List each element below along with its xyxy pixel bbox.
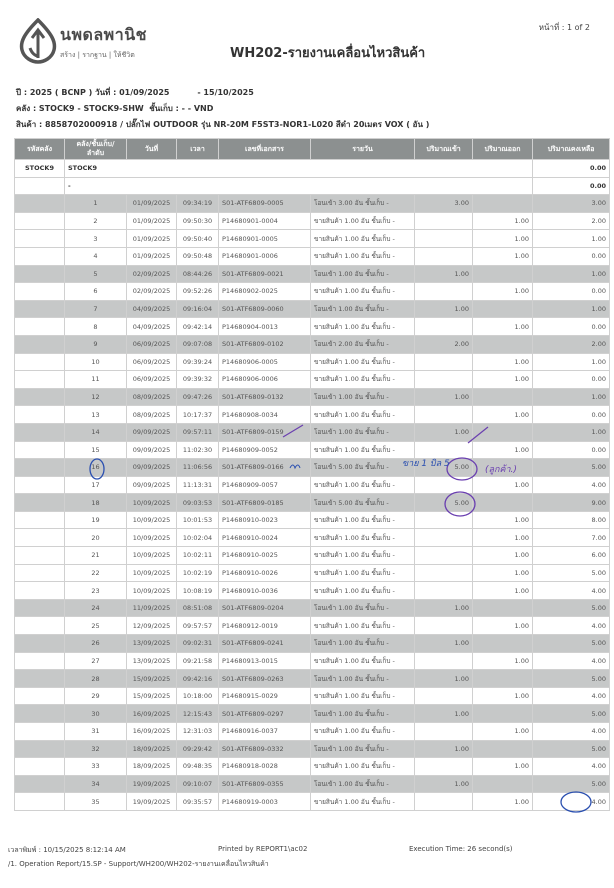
table-cell <box>15 652 65 670</box>
table-cell: 10:08:19 <box>177 582 219 600</box>
table-cell: 01/09/2025 <box>127 230 177 248</box>
table-cell: 24 <box>65 599 127 617</box>
table-cell: 12:15:43 <box>177 705 219 723</box>
table-cell: P14680918-0028 <box>219 758 311 776</box>
table-cell: ขายสินค้า 1.00 อัน ชั้นเก็บ - <box>311 652 415 670</box>
table-row: 1910/09/202510:01:53P14680910-0023ขายสิน… <box>15 511 610 529</box>
table-cell <box>15 705 65 723</box>
table-cell: 09:47:26 <box>177 388 219 406</box>
table-cell: 1.00 <box>415 300 473 318</box>
table-cell: 12 <box>65 388 127 406</box>
table-cell: 10:01:53 <box>177 511 219 529</box>
table-cell: 1.00 <box>473 564 533 582</box>
table-cell <box>15 283 65 301</box>
table-cell <box>15 353 65 371</box>
table-cell: 1.00 <box>415 265 473 283</box>
table-cell: 09/09/2025 <box>127 441 177 459</box>
table-cell: S01-ATF6809-0132 <box>219 388 311 406</box>
table-cell: 35 <box>65 793 127 811</box>
table-cell: 2.00 <box>415 335 473 353</box>
table-cell: 4.00 <box>533 617 610 635</box>
table-cell <box>15 406 65 424</box>
table-cell: S01-ATF6809-0355 <box>219 775 311 793</box>
table-cell: 1.00 <box>533 300 610 318</box>
table-cell: 15/09/2025 <box>127 670 177 688</box>
table-cell <box>473 459 533 477</box>
table-cell: 27 <box>65 652 127 670</box>
table-cell: 1.00 <box>473 652 533 670</box>
table-cell: 18/09/2025 <box>127 740 177 758</box>
table-cell: S01-ATF6809-0241 <box>219 635 311 653</box>
table-cell <box>473 599 533 617</box>
table-row: 1308/09/202510:17:37P14680908-0034ขายสิน… <box>15 406 610 424</box>
table-cell: ขายสินค้า 1.00 อัน ชั้นเก็บ - <box>311 529 415 547</box>
table-cell: 09/09/2025 <box>127 423 177 441</box>
table-cell: 12/09/2025 <box>127 617 177 635</box>
column-header: เวลา <box>177 139 219 160</box>
product-line: สินค้า : 8858702000918 / ปลั๊กไฟ OUTDOOR… <box>16 118 429 131</box>
table-cell <box>473 300 533 318</box>
table-cell <box>473 670 533 688</box>
table-cell: ขายสินค้า 1.00 อัน ชั้นเก็บ - <box>311 617 415 635</box>
table-row: 2411/09/202508:51:08S01-ATF6809-0204โอนเ… <box>15 599 610 617</box>
table-cell: 16/09/2025 <box>127 705 177 723</box>
table-cell: 09:42:14 <box>177 318 219 336</box>
table-cell: P14680912-0019 <box>219 617 311 635</box>
table-cell: ขายสินค้า 1.00 อัน ชั้นเก็บ - <box>311 758 415 776</box>
column-header: ปริมาณออก <box>473 139 533 160</box>
table-cell: 01/09/2025 <box>127 247 177 265</box>
table-cell: P14680919-0003 <box>219 793 311 811</box>
table-row: 1709/09/202511:13:31P14680909-0057ขายสิน… <box>15 476 610 494</box>
table-cell: 1.00 <box>533 423 610 441</box>
table-row: 401/09/202509:50:48P14680901-0006ขายสินค… <box>15 247 610 265</box>
table-row: 602/09/202509:52:26P14680902-0025ขายสินค… <box>15 283 610 301</box>
table-cell <box>15 547 65 565</box>
table-cell: 13/09/2025 <box>127 652 177 670</box>
table-cell: P14680910-0025 <box>219 547 311 565</box>
table-cell <box>15 247 65 265</box>
table-cell <box>15 335 65 353</box>
table-cell: P14680915-0029 <box>219 687 311 705</box>
table-cell: ขายสินค้า 1.00 อัน ชั้นเก็บ - <box>311 476 415 494</box>
table-cell: STOCK9 <box>65 160 533 178</box>
table-cell <box>15 212 65 230</box>
table-cell: 7.00 <box>533 529 610 547</box>
table-row: 2310/09/202510:08:19P14680910-0036ขายสิน… <box>15 582 610 600</box>
group-row: -0.00 <box>15 177 610 195</box>
table-cell: P14680910-0036 <box>219 582 311 600</box>
table-cell <box>15 564 65 582</box>
table-cell <box>415 617 473 635</box>
table-cell: 1.00 <box>473 371 533 389</box>
table-cell: โอนเข้า 1.00 อัน ชั้นเก็บ - <box>311 300 415 318</box>
table-row: 2713/09/202509:21:58P14680913-0015ขายสิน… <box>15 652 610 670</box>
table-cell <box>473 335 533 353</box>
table-cell: 1.00 <box>415 670 473 688</box>
table-cell: 04/09/2025 <box>127 318 177 336</box>
table-cell: 5.00 <box>533 740 610 758</box>
table-cell <box>15 230 65 248</box>
table-cell: P14680906-0006 <box>219 371 311 389</box>
table-cell: 1.00 <box>473 212 533 230</box>
table-cell: 13/09/2025 <box>127 635 177 653</box>
table-cell: S01-ATF6809-0263 <box>219 670 311 688</box>
table-cell: 10:02:11 <box>177 547 219 565</box>
table-cell: โอนเข้า 1.00 อัน ชั้นเก็บ - <box>311 775 415 793</box>
table-row: 101/09/202509:34:19S01-ATF6809-0005โอนเข… <box>15 195 610 213</box>
table-cell <box>15 476 65 494</box>
table-cell: 11 <box>65 371 127 389</box>
table-cell: 34 <box>65 775 127 793</box>
table-cell: P14680904-0013 <box>219 318 311 336</box>
table-cell: S01-ATF6809-0021 <box>219 265 311 283</box>
table-cell: 04/09/2025 <box>127 300 177 318</box>
table-cell: 1.00 <box>473 723 533 741</box>
table-cell <box>415 793 473 811</box>
table-cell <box>415 529 473 547</box>
table-cell: P14680901-0004 <box>219 212 311 230</box>
table-cell: 11:13:31 <box>177 476 219 494</box>
table-cell: 4.00 <box>533 652 610 670</box>
table-cell: P14680909-0052 <box>219 441 311 459</box>
table-cell: 02/09/2025 <box>127 283 177 301</box>
table-cell: 09:29:42 <box>177 740 219 758</box>
table-cell: 19/09/2025 <box>127 793 177 811</box>
table-cell: 5.00 <box>533 775 610 793</box>
table-cell: 11:06:56 <box>177 459 219 477</box>
table-cell: 14 <box>65 423 127 441</box>
table-cell: 1.00 <box>415 705 473 723</box>
table-cell: 2.00 <box>533 335 610 353</box>
table-cell: 09:35:57 <box>177 793 219 811</box>
table-cell: โอนเข้า 1.00 อัน ชั้นเก็บ - <box>311 670 415 688</box>
table-cell: ขายสินค้า 1.00 อัน ชั้นเก็บ - <box>311 318 415 336</box>
table-cell: 15/09/2025 <box>127 687 177 705</box>
table-cell: 01/09/2025 <box>127 195 177 213</box>
table-row: 704/09/202509:16:04S01-ATF6809-0060โอนเข… <box>15 300 610 318</box>
table-cell: 1.00 <box>473 353 533 371</box>
table-cell: S01-ATF6809-0332 <box>219 740 311 758</box>
table-row: 3218/09/202509:29:42S01-ATF6809-0332โอนเ… <box>15 740 610 758</box>
table-cell: 5.00 <box>533 564 610 582</box>
table-cell: 0.00 <box>533 441 610 459</box>
table-cell <box>15 529 65 547</box>
table-cell: S01-ATF6809-0102 <box>219 335 311 353</box>
table-cell: 10:02:04 <box>177 529 219 547</box>
table-cell: 09:50:48 <box>177 247 219 265</box>
leaf-logo-icon <box>18 18 58 64</box>
table-cell <box>473 740 533 758</box>
table-cell <box>415 371 473 389</box>
table-cell <box>15 687 65 705</box>
table-cell: 4.00 <box>533 582 610 600</box>
table-cell: 09:57:57 <box>177 617 219 635</box>
table-row: 2613/09/202509:02:31S01-ATF6809-0241โอนเ… <box>15 635 610 653</box>
table-cell <box>415 441 473 459</box>
table-cell: 11/09/2025 <box>127 599 177 617</box>
table-cell: 10 <box>65 353 127 371</box>
table-cell: 2 <box>65 212 127 230</box>
table-cell <box>415 758 473 776</box>
table-cell <box>415 318 473 336</box>
table-cell: 5 <box>65 265 127 283</box>
column-header: วันที่ <box>127 139 177 160</box>
table-cell: 28 <box>65 670 127 688</box>
table-cell: 16/09/2025 <box>127 723 177 741</box>
table-cell: 06/09/2025 <box>127 371 177 389</box>
table-cell: 09/09/2025 <box>127 476 177 494</box>
table-cell: 1.00 <box>415 599 473 617</box>
table-cell: ขายสินค้า 1.00 อัน ชั้นเก็บ - <box>311 547 415 565</box>
table-cell: 5.00 <box>533 705 610 723</box>
table-cell: ขายสินค้า 1.00 อัน ชั้นเก็บ - <box>311 406 415 424</box>
table-cell: 1.00 <box>473 247 533 265</box>
table-cell: 8.00 <box>533 511 610 529</box>
table-cell: 31 <box>65 723 127 741</box>
table-cell: 1.00 <box>473 476 533 494</box>
table-cell <box>415 353 473 371</box>
table-cell: 16 <box>65 459 127 477</box>
brand-name: นพดลพานิช <box>60 23 147 48</box>
table-cell: 10/09/2025 <box>127 529 177 547</box>
table-cell: 11:02:30 <box>177 441 219 459</box>
column-header: รหัสคลัง <box>15 139 65 160</box>
table-cell: โอนเข้า 1.00 อัน ชั้นเก็บ - <box>311 705 415 723</box>
table-cell: 09:21:58 <box>177 652 219 670</box>
table-cell: 1.00 <box>533 388 610 406</box>
report-path: /1. Operation Report/15.SP - Support/WH2… <box>8 859 269 870</box>
table-cell: 02/09/2025 <box>127 265 177 283</box>
table-cell <box>473 423 533 441</box>
table-cell: 19 <box>65 511 127 529</box>
table-cell: ขายสินค้า 1.00 อัน ชั้นเก็บ - <box>311 441 415 459</box>
table-cell: S01-ATF6809-0005 <box>219 195 311 213</box>
report-title: WH202-รายงานเคลื่อนไหวสินค้า <box>230 42 425 63</box>
page-number: หน้าที่ : 1 of 2 <box>539 21 590 34</box>
table-cell: P14680910-0024 <box>219 529 311 547</box>
table-cell: ขายสินค้า 1.00 อัน ชั้นเก็บ - <box>311 247 415 265</box>
table-cell: S01-ATF6809-0185 <box>219 494 311 512</box>
table-cell: STOCK9 <box>15 160 65 178</box>
table-cell: ขายสินค้า 1.00 อัน ชั้นเก็บ - <box>311 564 415 582</box>
table-cell: 09:57:11 <box>177 423 219 441</box>
stock-movement-table: รหัสคลังคลัง/ชั้นเก็บ/ ลำดับวันที่เวลาเล… <box>14 138 610 811</box>
table-cell: 0.00 <box>533 371 610 389</box>
table-cell: ขายสินค้า 1.00 อัน ชั้นเก็บ - <box>311 687 415 705</box>
table-cell: 22 <box>65 564 127 582</box>
table-row: 1609/09/202511:06:56S01-ATF6809-0166โอนเ… <box>15 459 610 477</box>
table-row: 3116/09/202512:31:03P14680916-0037ขายสิน… <box>15 723 610 741</box>
table-cell: 09:50:30 <box>177 212 219 230</box>
table-cell: 5.00 <box>533 599 610 617</box>
column-header: รายวัน <box>311 139 415 160</box>
table-cell: 25 <box>65 617 127 635</box>
table-cell <box>473 388 533 406</box>
table-cell <box>15 371 65 389</box>
table-cell: S01-ATF6809-0159 <box>219 423 311 441</box>
table-cell: ขายสินค้า 1.00 อัน ชั้นเก็บ - <box>311 230 415 248</box>
table-row: 2915/09/202510:18:00P14680915-0029ขายสิน… <box>15 687 610 705</box>
table-cell <box>15 670 65 688</box>
table-cell: 1.00 <box>473 441 533 459</box>
table-row: 1509/09/202511:02:30P14680909-0052ขายสิน… <box>15 441 610 459</box>
table-cell <box>15 388 65 406</box>
column-header: คลัง/ชั้นเก็บ/ ลำดับ <box>65 139 127 160</box>
table-cell: 10/09/2025 <box>127 582 177 600</box>
table-cell <box>15 793 65 811</box>
table-cell: 1.00 <box>415 423 473 441</box>
table-cell <box>15 617 65 635</box>
table-cell: 0.00 <box>533 406 610 424</box>
table-cell: P14680906-0005 <box>219 353 311 371</box>
table-cell <box>15 459 65 477</box>
table-cell <box>473 195 533 213</box>
table-cell: 20 <box>65 529 127 547</box>
table-cell: ขายสินค้า 1.00 อัน ชั้นเก็บ - <box>311 212 415 230</box>
brand-tagline: สร้าง | รากฐาน | ให้ชีวิต <box>60 50 135 61</box>
table-cell: 08/09/2025 <box>127 388 177 406</box>
table-cell: S01-ATF6809-0166 <box>219 459 311 477</box>
table-cell: โอนเข้า 5.00 อัน ชั้นเก็บ - <box>311 494 415 512</box>
print-time: เวลาพิมพ์ : 10/15/2025 8:12:14 AM <box>8 845 126 856</box>
table-cell: P14680902-0025 <box>219 283 311 301</box>
table-cell: 09:07:08 <box>177 335 219 353</box>
table-cell: 3.00 <box>415 195 473 213</box>
table-cell: 1.00 <box>415 388 473 406</box>
table-cell: 6.00 <box>533 547 610 565</box>
table-cell <box>473 775 533 793</box>
table-row: 3519/09/202509:35:57P14680919-0003ขายสิน… <box>15 793 610 811</box>
table-cell: ขายสินค้า 1.00 อัน ชั้นเก็บ - <box>311 511 415 529</box>
table-cell <box>15 318 65 336</box>
table-cell <box>15 494 65 512</box>
table-cell: 08:51:08 <box>177 599 219 617</box>
table-cell: 4.00 <box>533 793 610 811</box>
table-row: 804/09/202509:42:14P14680904-0013ขายสินค… <box>15 318 610 336</box>
table-row: 2210/09/202510:02:19P14680910-0026ขายสิน… <box>15 564 610 582</box>
table-cell: 1.00 <box>473 230 533 248</box>
table-cell <box>415 230 473 248</box>
table-cell: 09:39:32 <box>177 371 219 389</box>
table-cell: 09:42:16 <box>177 670 219 688</box>
table-cell: 0.00 <box>533 283 610 301</box>
period-line: ปี : 2025 ( BCNP ) วันที่ : 01/09/2025 -… <box>16 86 254 99</box>
table-cell: 10:18:00 <box>177 687 219 705</box>
table-cell: 4.00 <box>533 758 610 776</box>
table-cell <box>15 775 65 793</box>
table-cell: P14680908-0034 <box>219 406 311 424</box>
table-cell: 08/09/2025 <box>127 406 177 424</box>
table-cell: 33 <box>65 758 127 776</box>
table-row: 3419/09/202509:10:07S01-ATF6809-0355โอนเ… <box>15 775 610 793</box>
table-row: 2010/09/202510:02:04P14680910-0024ขายสิน… <box>15 529 610 547</box>
table-row: 2110/09/202510:02:11P14680910-0025ขายสิน… <box>15 547 610 565</box>
group-row: STOCK9STOCK90.00 <box>15 160 610 178</box>
table-cell: 1.00 <box>533 265 610 283</box>
table-cell: 09:03:53 <box>177 494 219 512</box>
table-cell: 19/09/2025 <box>127 775 177 793</box>
column-header: ปริมาณเข้า <box>415 139 473 160</box>
table-cell: S01-ATF6809-0060 <box>219 300 311 318</box>
table-cell <box>15 582 65 600</box>
table-cell: 1.00 <box>473 547 533 565</box>
table-cell <box>415 212 473 230</box>
table-cell: 1.00 <box>415 775 473 793</box>
table-cell <box>15 511 65 529</box>
table-cell: ขายสินค้า 1.00 อัน ชั้นเก็บ - <box>311 582 415 600</box>
table-cell: 23 <box>65 582 127 600</box>
table-cell: 1.00 <box>415 635 473 653</box>
table-cell: 30 <box>65 705 127 723</box>
table-cell: 09:02:31 <box>177 635 219 653</box>
table-cell: 09:16:04 <box>177 300 219 318</box>
table-cell: 10:02:19 <box>177 564 219 582</box>
table-cell: 1.00 <box>533 353 610 371</box>
table-cell: 0.00 <box>533 247 610 265</box>
table-cell <box>415 247 473 265</box>
table-cell: โอนเข้า 1.00 อัน ชั้นเก็บ - <box>311 388 415 406</box>
table-cell: โอนเข้า 1.00 อัน ชั้นเก็บ - <box>311 265 415 283</box>
table-cell: 4.00 <box>533 723 610 741</box>
table-cell: 09:10:07 <box>177 775 219 793</box>
table-cell: 1.00 <box>473 617 533 635</box>
table-cell: 1.00 <box>473 511 533 529</box>
table-cell <box>415 582 473 600</box>
table-cell: 5.00 <box>533 670 610 688</box>
table-cell: P14680909-0057 <box>219 476 311 494</box>
table-cell <box>15 177 65 195</box>
table-cell: ขายสินค้า 1.00 อัน ชั้นเก็บ - <box>311 353 415 371</box>
table-row: 2815/09/202509:42:16S01-ATF6809-0263โอนเ… <box>15 670 610 688</box>
table-cell: 1.00 <box>473 582 533 600</box>
table-cell: P14680916-0037 <box>219 723 311 741</box>
table-cell: ขายสินค้า 1.00 อัน ชั้นเก็บ - <box>311 723 415 741</box>
table-cell <box>15 635 65 653</box>
table-cell <box>415 406 473 424</box>
table-cell: 01/09/2025 <box>127 212 177 230</box>
table-row: 906/09/202509:07:08S01-ATF6809-0102โอนเข… <box>15 335 610 353</box>
table-cell <box>473 494 533 512</box>
table-cell: 6 <box>65 283 127 301</box>
table-cell: P14680901-0005 <box>219 230 311 248</box>
table-cell: โอนเข้า 5.00 อัน ชั้นเก็บ - <box>311 459 415 477</box>
table-cell <box>415 511 473 529</box>
table-cell: 09:48:35 <box>177 758 219 776</box>
table-cell: P14680913-0015 <box>219 652 311 670</box>
table-cell: 09:50:40 <box>177 230 219 248</box>
table-cell: 1.00 <box>473 687 533 705</box>
table-cell: 9.00 <box>533 494 610 512</box>
table-cell <box>15 265 65 283</box>
table-cell: 1.00 <box>473 406 533 424</box>
table-cell: 32 <box>65 740 127 758</box>
table-row: 2512/09/202509:57:57P14680912-0019ขายสิน… <box>15 617 610 635</box>
table-cell: 4.00 <box>533 687 610 705</box>
table-cell: 9 <box>65 335 127 353</box>
table-cell <box>473 265 533 283</box>
table-cell: 09:39:24 <box>177 353 219 371</box>
table-cell: 08:44:26 <box>177 265 219 283</box>
table-row: 1810/09/202509:03:53S01-ATF6809-0185โอนเ… <box>15 494 610 512</box>
table-cell <box>15 599 65 617</box>
table-cell: P14680910-0023 <box>219 511 311 529</box>
table-cell: 1.00 <box>473 793 533 811</box>
table-cell: P14680901-0006 <box>219 247 311 265</box>
table-cell: 8 <box>65 318 127 336</box>
table-cell <box>15 441 65 459</box>
column-header: ปริมาณคงเหลือ <box>533 139 610 160</box>
